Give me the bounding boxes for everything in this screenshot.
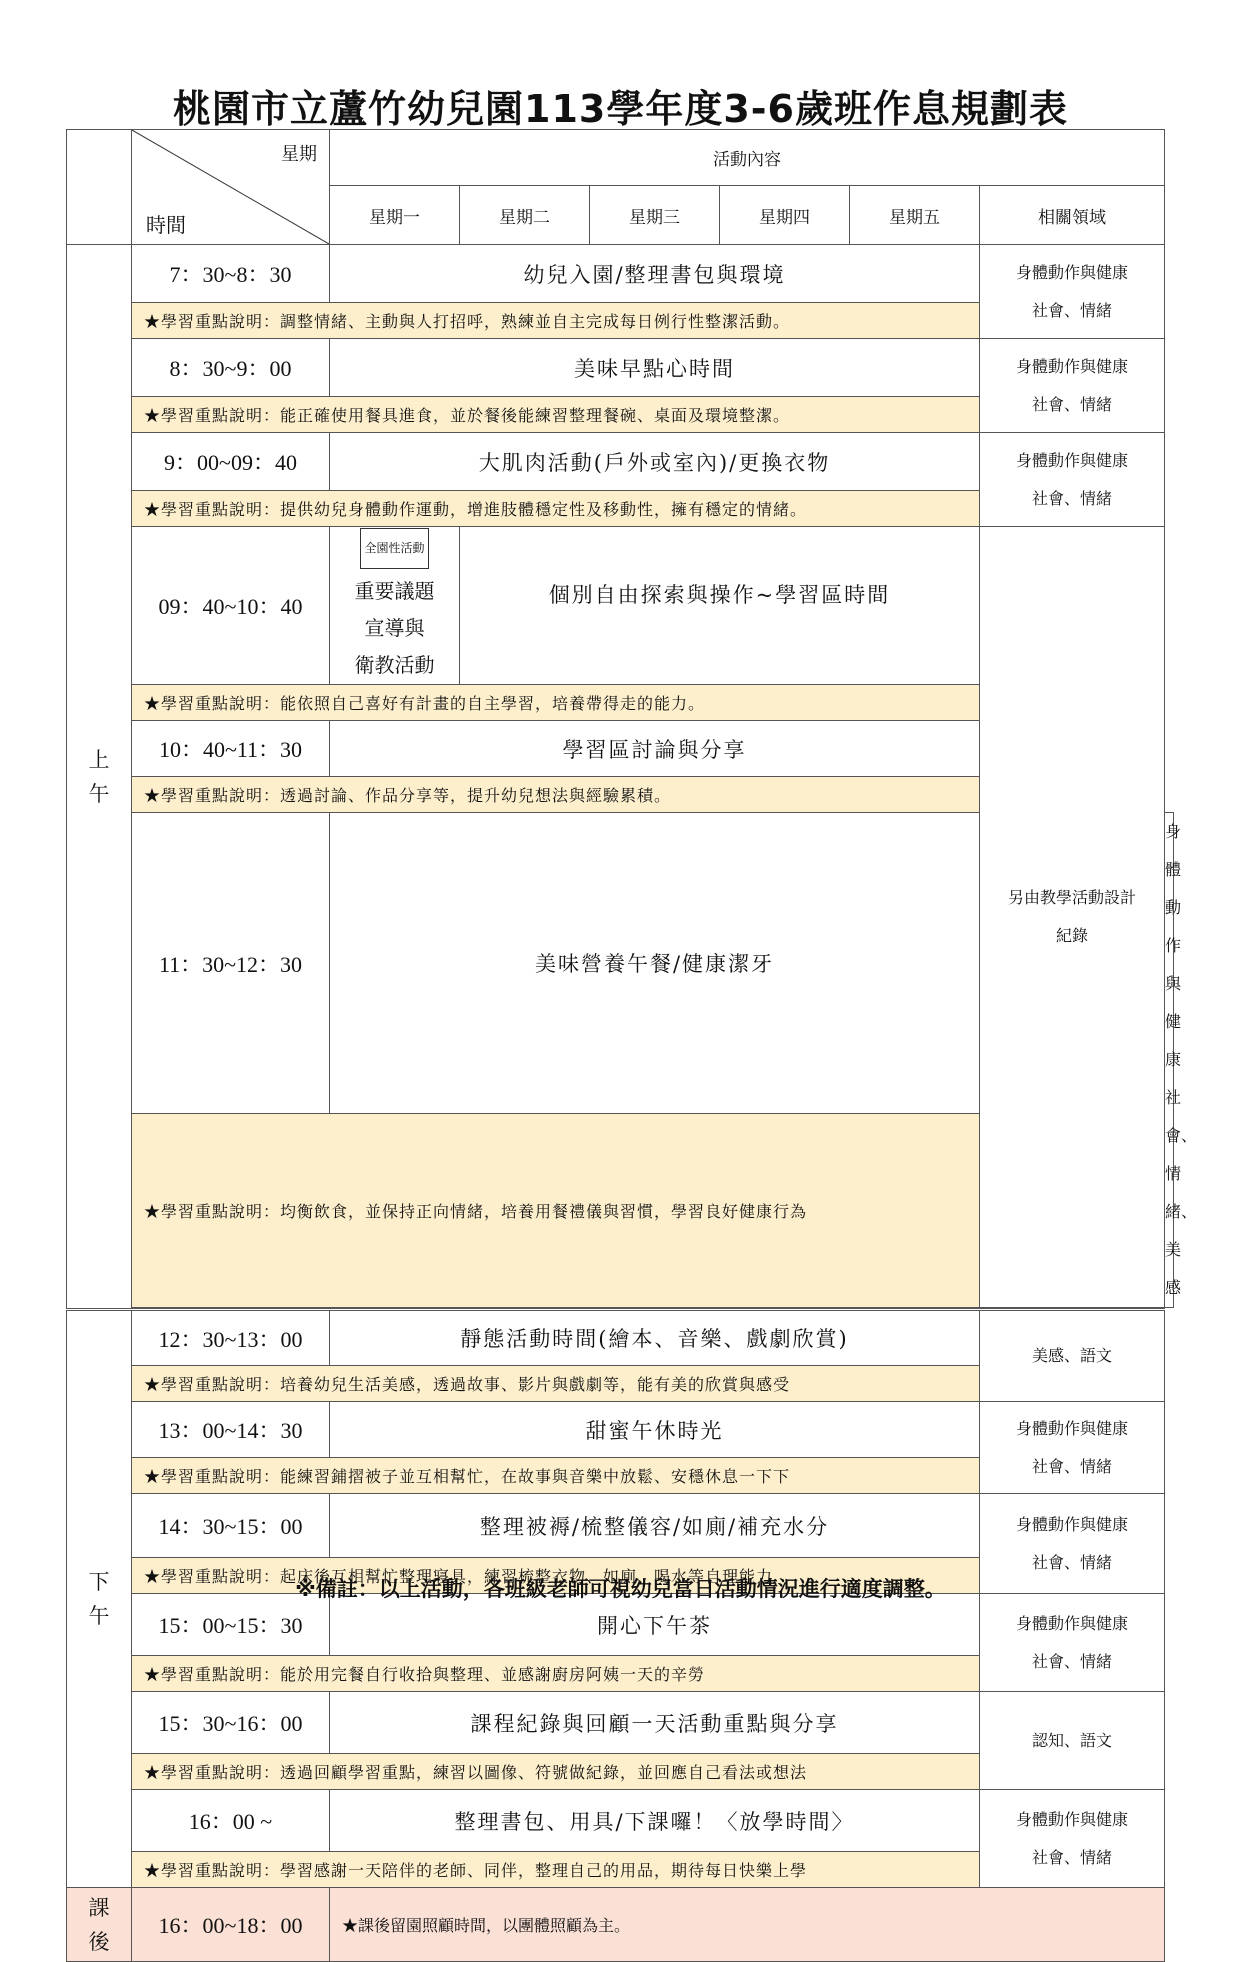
domain-cell: 身體動作與健康社會、情緒: [980, 433, 1165, 527]
domain-cell: 身體動作與健康社會、情緒: [980, 339, 1165, 433]
domain-cell: 身體動作與健康社會、情緒: [980, 1594, 1165, 1692]
header-day-mon: 星期一: [330, 186, 460, 245]
activity-cell: 個別自由探索與操作~學習區時間: [460, 527, 980, 685]
table-row: 上午 7：30~8：30 幼兒入園/整理書包與環境 身體動作與健康社會、情緒: [67, 245, 1174, 303]
time-cell: 11：30~12：30: [132, 813, 330, 1114]
learning-note: ★學習重點說明：均衡飲食，並保持正向情緒，培養用餐禮儀與習慣，學習良好健康行為: [132, 1114, 980, 1308]
activity-cell: 整理被褥/梳整儀容/如廁/補充水分: [330, 1494, 980, 1558]
learning-note: ★學習重點說明：學習感謝一天陪伴的老師、同伴，整理自己的用品，期待每日快樂上學: [132, 1852, 980, 1888]
domain-cell: 美感、語文: [980, 1310, 1165, 1402]
activity-cell: 大肌肉活動(戶外或室內)/更換衣物: [330, 433, 980, 491]
learning-note: ★學習重點說明：培養幼兒生活美感，透過故事、影片與戲劇等，能有美的欣賞與感受: [132, 1366, 980, 1402]
activity-cell: 美味營養午餐/健康潔牙: [330, 813, 980, 1114]
learning-note: ★學習重點說明：調整情緒、主動與人打招呼，熟練並自主完成每日例行性整潔活動。: [132, 303, 980, 339]
after-school-row: 課後 16：00~18：00 ★課後留園照顧時間，以團體照顧為主。: [67, 1888, 1174, 1962]
header-day-thu: 星期四: [720, 186, 850, 245]
domain-cell: 身體動作與健康社會、情緒、美感: [1165, 813, 1174, 1308]
time-cell: 09：40~10：40: [132, 527, 330, 685]
learning-note: ★學習重點說明：透過回顧學習重點，練習以圖像、符號做紀錄，並回應自己看法或想法: [132, 1754, 980, 1790]
table-row: 16：00 ~ 整理書包、用具/下課囉！〈放學時間〉 身體動作與健康社會、情緒: [67, 1790, 1174, 1852]
domain-cell: 另由教學活動設計紀錄: [980, 527, 1165, 1308]
domain-cell: 身體動作與健康社會、情緒: [980, 1402, 1165, 1494]
learning-note: ★學習重點說明：能依照自己喜好有計畫的自主學習，培養帶得走的能力。: [132, 685, 980, 721]
time-cell: 13：00~14：30: [132, 1402, 330, 1458]
activity-cell: 甜蜜午休時光: [330, 1402, 980, 1458]
table-row: 8：30~9：00 美味早點心時間 身體動作與健康社會、情緒: [67, 339, 1174, 397]
table-row: 13：00~14：30 甜蜜午休時光 身體動作與健康社會、情緒: [67, 1402, 1174, 1458]
header-activity-content: 活動內容: [330, 130, 1165, 186]
header-day-fri: 星期五: [850, 186, 980, 245]
activity-cell: 幼兒入園/整理書包與環境: [330, 245, 980, 303]
domain-cell: 認知、語文: [980, 1692, 1165, 1790]
corner-cell: [67, 130, 132, 245]
after-school-note: ★課後留園照顧時間，以團體照顧為主。: [330, 1888, 1165, 1962]
learning-note: ★學習重點說明：提供幼兒身體動作運動，增進肢體穩定性及移動性，擁有穩定的情緒。: [132, 491, 980, 527]
header-domain: 相關領域: [980, 186, 1165, 245]
activity-cell: 靜態活動時間(繪本、音樂、戲劇欣賞): [330, 1310, 980, 1366]
learning-note: ★學習重點說明：能練習鋪摺被子並互相幫忙，在故事與音樂中放鬆、安穩休息一下下: [132, 1458, 980, 1494]
header-day-wed: 星期三: [590, 186, 720, 245]
table-row: 9：00~09：40 大肌肉活動(戶外或室內)/更換衣物 身體動作與健康社會、情…: [67, 433, 1174, 491]
domain-cell: 身體動作與健康社會、情緒: [980, 1790, 1165, 1888]
table-row: 下午 12：30~13：00 靜態活動時間(繪本、音樂、戲劇欣賞) 美感、語文: [67, 1310, 1174, 1366]
header-weekday-label: 星期: [281, 140, 317, 166]
time-cell: 12：30~13：00: [132, 1310, 330, 1366]
school-wide-badge: 全園性活動: [360, 528, 428, 569]
activity-cell: 學習區討論與分享: [330, 721, 980, 777]
important-issues-cell: 全園性活動 重要議題 宣導與 衛教活動: [330, 527, 460, 685]
page-title: 桃園市立蘆竹幼兒園113學年度3-6歲班作息規劃表: [0, 78, 1241, 133]
table-row: 15：30~16：00 課程紀錄與回顧一天活動重點與分享 認知、語文: [67, 1692, 1174, 1754]
time-cell: 9：00~09：40: [132, 433, 330, 491]
diagonal-header: 星期 時間: [132, 130, 330, 245]
header-time-label: 時間: [146, 209, 186, 238]
activity-cell: 整理書包、用具/下課囉！〈放學時間〉: [330, 1790, 980, 1852]
footer-remark: ※備註：以上活動，各班級老師可視幼兒當日活動情況進行適度調整。: [0, 1573, 1241, 1603]
table-row: 14：30~15：00 整理被褥/梳整儀容/如廁/補充水分 身體動作與健康社會、…: [67, 1494, 1174, 1558]
learning-note: ★學習重點說明：能於用完餐自行收拾與整理、並感謝廚房阿姨一天的辛勞: [132, 1656, 980, 1692]
period-after-school: 課後: [67, 1888, 132, 1962]
domain-cell: 身體動作與健康社會、情緒: [980, 245, 1165, 339]
time-cell: 10：40~11：30: [132, 721, 330, 777]
period-morning: 上午: [67, 245, 132, 1310]
activity-cell: 課程紀錄與回顧一天活動重點與分享: [330, 1692, 980, 1754]
after-school-time: 16：00~18：00: [132, 1888, 330, 1962]
schedule-table: 星期 時間 活動內容 星期一 星期二 星期三 星期四 星期五 相關領域 上午 7…: [66, 129, 1174, 1962]
time-cell: 15：30~16：00: [132, 1692, 330, 1754]
table-row: 09：40~10：40 全園性活動 重要議題 宣導與 衛教活動 個別自由探索與操…: [67, 527, 1174, 685]
time-cell: 14：30~15：00: [132, 1494, 330, 1558]
learning-note: ★學習重點說明：透過討論、作品分享等，提升幼兒想法與經驗累積。: [132, 777, 980, 813]
time-cell: 8：30~9：00: [132, 339, 330, 397]
learning-note: ★學習重點說明：能正確使用餐具進食，並於餐後能練習整理餐碗、桌面及環境整潔。: [132, 397, 980, 433]
time-cell: 16：00 ~: [132, 1790, 330, 1852]
header-day-tue: 星期二: [460, 186, 590, 245]
time-cell: 7：30~8：30: [132, 245, 330, 303]
activity-cell: 美味早點心時間: [330, 339, 980, 397]
